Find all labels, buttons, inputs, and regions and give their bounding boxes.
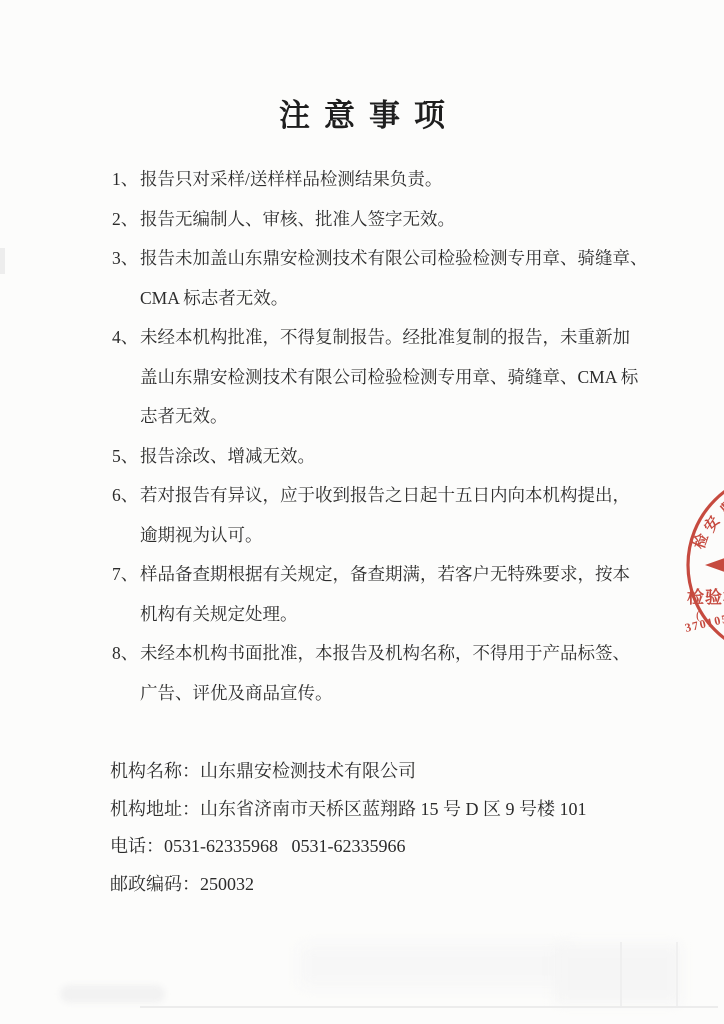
org-name-row: 机构名称： 山东鼎安检测技术有限公司 <box>110 753 587 791</box>
seal-ring-char: 鼎 <box>717 496 724 519</box>
org-postcode-label: 邮政编码： <box>110 866 200 904</box>
notice-item: 2、 报告无编制人、审核、批准人签字无效。 <box>112 200 672 240</box>
org-address-row: 机构地址： 山东省济南市天桥区蓝翔路 15 号 D 区 9 号楼 101 <box>110 791 587 829</box>
scan-artifact <box>620 942 622 1006</box>
notice-item-text: 报告无编制人、审核、批准人签字无效。 <box>140 200 672 240</box>
notice-item-number: 6、 <box>112 476 140 555</box>
scan-artifact <box>555 945 680 1003</box>
official-seal-stamp: 鼎 安 检 检验检测专用章 ( 370105 <box>684 470 724 670</box>
seal-center-text: 检验检测专用章 <box>687 587 724 607</box>
document-title: 注意事项 <box>0 90 724 135</box>
notice-item: 6、 若对报告有异议，应于收到报告之日起十五日内向本机构提出， 逾期视为认可。 <box>112 476 672 555</box>
notice-item: 8、 未经本机构书面批准，本报告及机构名称，不得用于产品标签、 广告、评优及商品… <box>112 634 672 713</box>
document-page: 注意事项 1、 报告只对采样/送样样品检测结果负责。 2、 报告无编制人、审核、… <box>0 0 724 1024</box>
org-phone-label: 电话： <box>110 828 164 866</box>
org-phone-value: 0531-62335968 0531-62335966 <box>164 828 406 866</box>
notice-item: 1、 报告只对采样/送样样品检测结果负责。 <box>112 160 672 200</box>
notice-item-text: 若对报告有异议，应于收到报告之日起十五日内向本机构提出， 逾期视为认可。 <box>140 476 672 555</box>
org-postcode-value: 250032 <box>200 866 254 904</box>
scan-artifact <box>140 1006 718 1008</box>
org-address-value: 山东省济南市天桥区蓝翔路 15 号 D 区 9 号楼 101 <box>200 791 587 829</box>
notice-item: 5、 报告涂改、增减无效。 <box>112 437 672 477</box>
seal-ring-char: 检 <box>690 530 712 551</box>
seal-code-number: 370105 <box>684 611 724 635</box>
org-phone-row: 电话： 0531-62335968 0531-62335966 <box>110 828 587 866</box>
organization-info: 机构名称： 山东鼎安检测技术有限公司 机构地址： 山东省济南市天桥区蓝翔路 15… <box>110 753 587 903</box>
notice-item: 7、 样品备查期根据有关规定，备查期满，若客户无特殊要求，按本 机构有关规定处理… <box>112 555 672 634</box>
notice-item-text: 未经本机构书面批准，本报告及机构名称，不得用于产品标签、 广告、评优及商品宣传。 <box>140 634 672 713</box>
scan-artifact <box>60 985 165 1003</box>
notice-item: 3、 报告未加盖山东鼎安检测技术有限公司检验检测专用章、骑缝章、 CMA 标志者… <box>112 239 672 318</box>
scan-artifact <box>300 945 570 987</box>
notice-item-text: 样品备查期根据有关规定，备查期满，若客户无特殊要求，按本 机构有关规定处理。 <box>140 555 672 634</box>
notice-item-number: 2、 <box>112 200 140 240</box>
org-name-value: 山东鼎安检测技术有限公司 <box>200 753 416 791</box>
seal-ring <box>688 473 724 657</box>
org-address-label: 机构地址： <box>110 791 200 829</box>
notice-item-text: 未经本机构批准，不得复制报告。经批准复制的报告，未重新加 盖山东鼎安检测技术有限… <box>140 318 672 437</box>
notice-item-number: 8、 <box>112 634 140 713</box>
seal-code-paren: ( <box>696 607 700 622</box>
notice-item-number: 4、 <box>112 318 140 437</box>
notice-item-number: 3、 <box>112 239 140 318</box>
notice-item-number: 7、 <box>112 555 140 634</box>
notice-item-number: 1、 <box>112 160 140 200</box>
notice-item: 4、 未经本机构批准，不得复制报告。经批准复制的报告，未重新加 盖山东鼎安检测技… <box>112 318 672 437</box>
org-name-label: 机构名称： <box>110 753 200 791</box>
notice-item-text: 报告未加盖山东鼎安检测技术有限公司检验检测专用章、骑缝章、 CMA 标志者无效。 <box>140 239 672 318</box>
notice-item-number: 5、 <box>112 437 140 477</box>
scan-artifact <box>676 942 678 1006</box>
scan-artifact <box>0 248 5 274</box>
notice-list: 1、 报告只对采样/送样样品检测结果负责。 2、 报告无编制人、审核、批准人签字… <box>112 160 672 713</box>
seal-ring-char: 安 <box>700 513 723 535</box>
seal-star-icon <box>705 494 724 636</box>
notice-item-text: 报告只对采样/送样样品检测结果负责。 <box>140 160 672 200</box>
notice-item-text: 报告涂改、增减无效。 <box>140 437 672 477</box>
org-postcode-row: 邮政编码： 250032 <box>110 866 587 904</box>
